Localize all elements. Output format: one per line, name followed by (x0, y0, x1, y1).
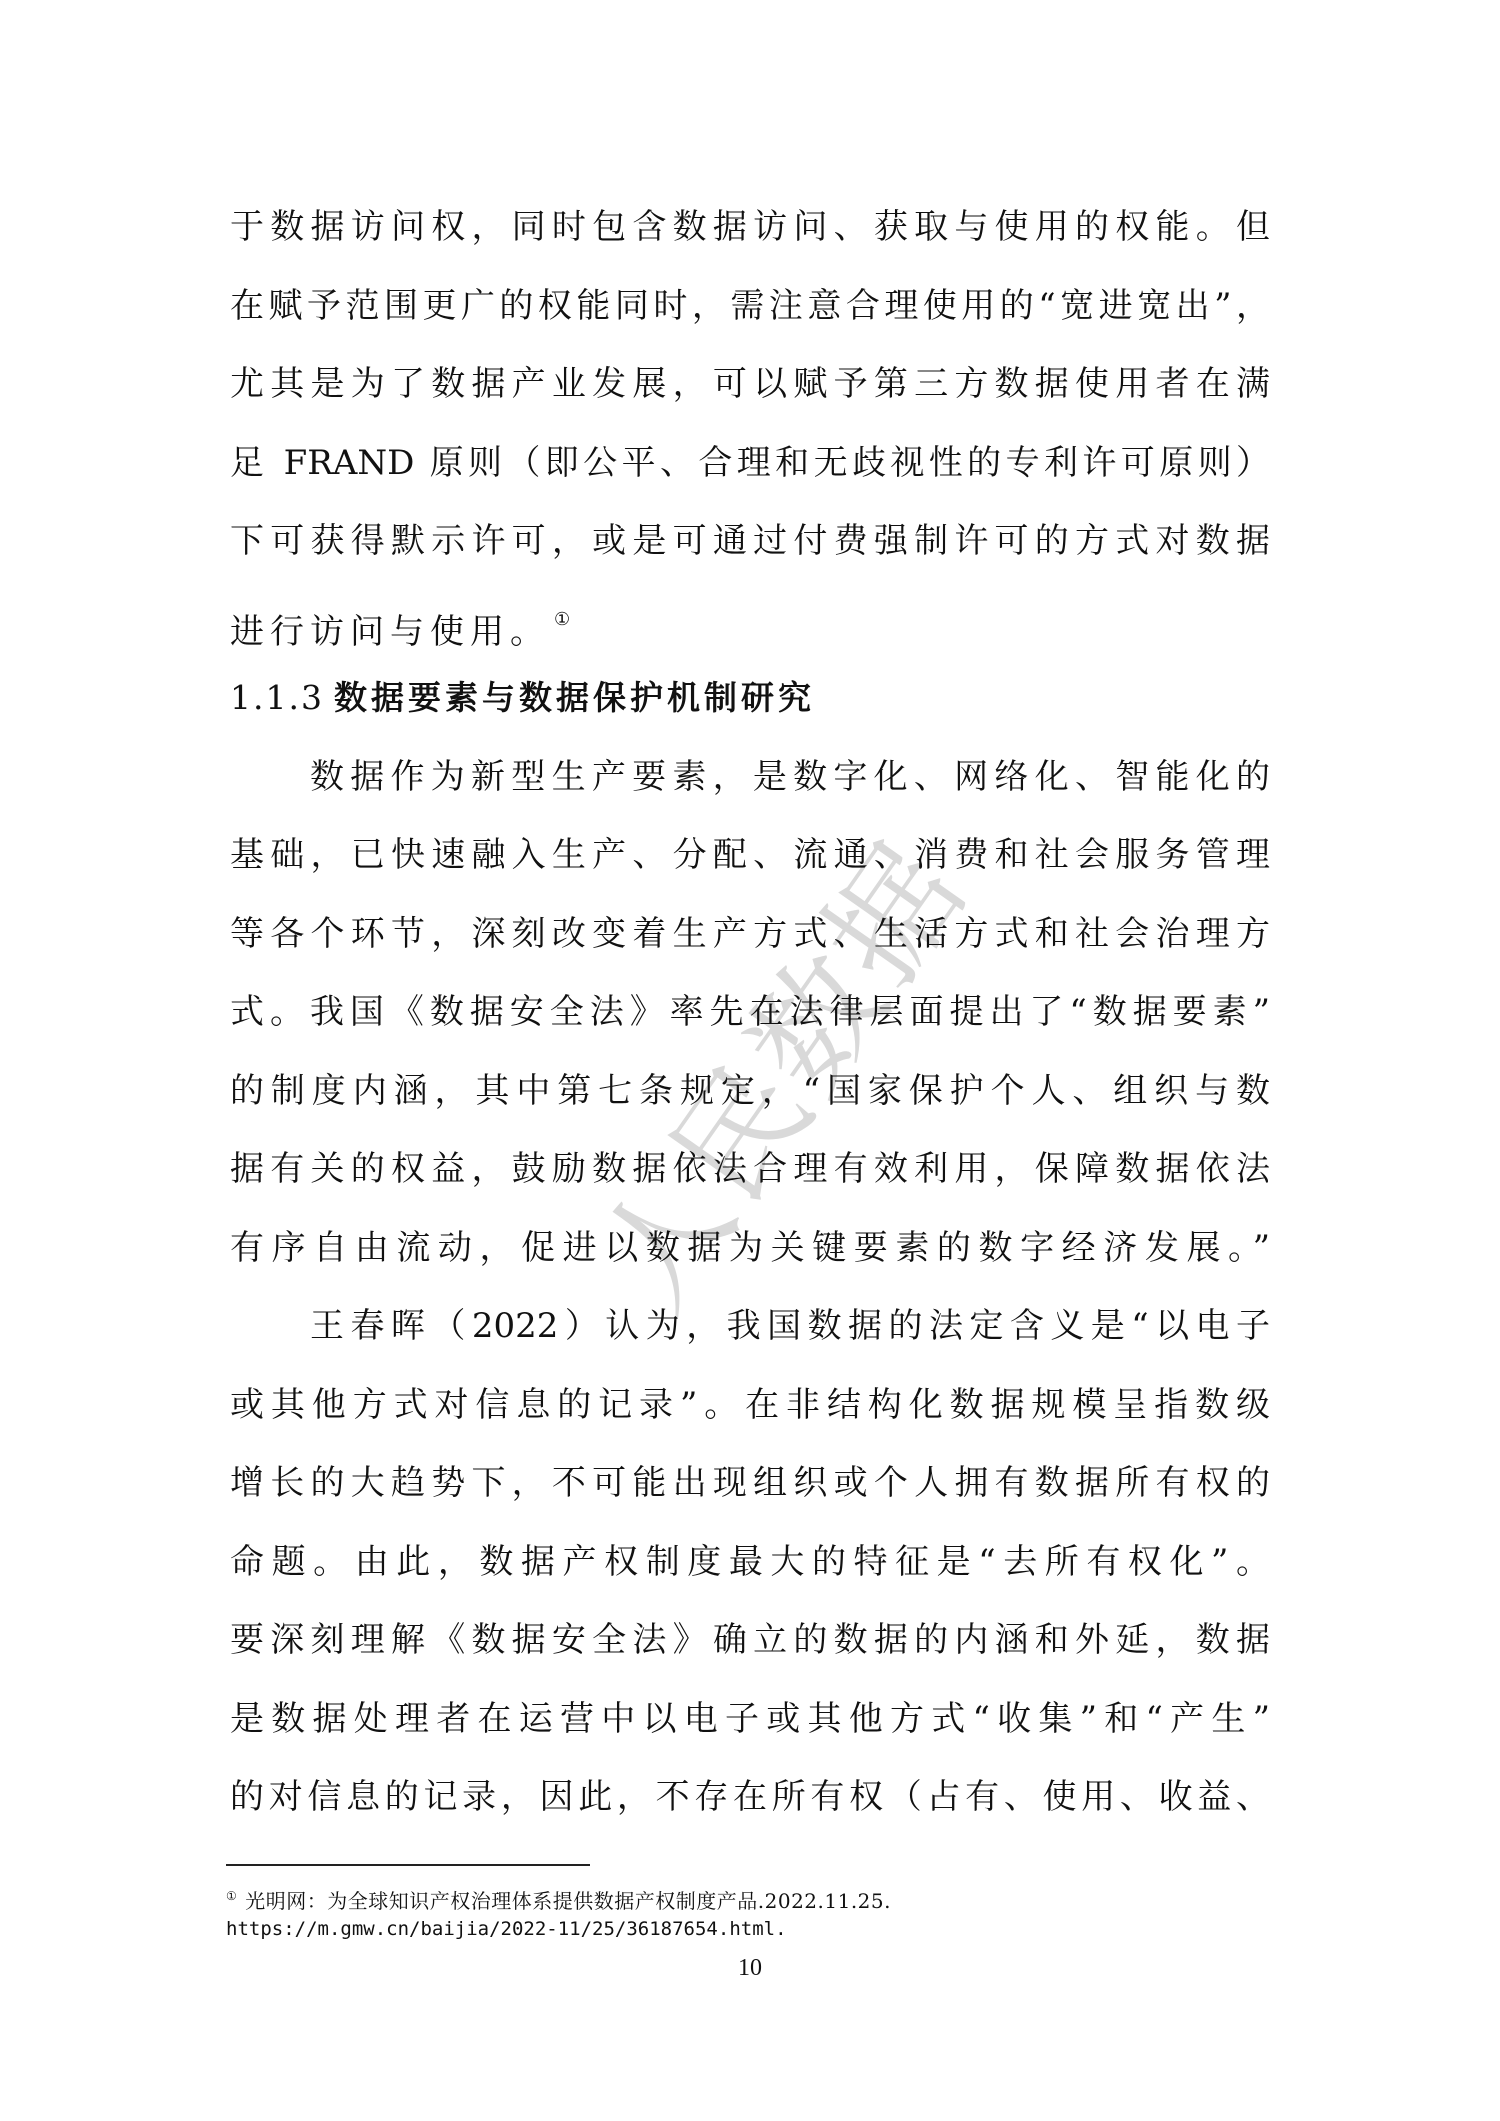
footnote-url[interactable]: https://m.gmw.cn/baijia/2022-11/25/36187… (226, 1915, 1276, 1943)
text-line: 的对信息的记录，因此，不存在所有权（占有、使用、收益、 (230, 1758, 1270, 1837)
text-line: 是数据处理者在运营中以电子或其他方式“收集”和“产生” (230, 1680, 1270, 1759)
paragraph-3: 王春晖（2022）认为，我国数据的法定含义是“以电子 或其他方式对信息的记录”。… (230, 1287, 1270, 1837)
text-line: 在赋予范围更广的权能同时，需注意合理使用的“宽进宽出”， (230, 267, 1270, 346)
text-line: 要深刻理解《数据安全法》确立的数据的内涵和外延，数据 (230, 1601, 1270, 1680)
body-text: 于数据访问权，同时包含数据访问、获取与使用的权能。但 在赋予范围更广的权能同时，… (230, 188, 1270, 1837)
footnote-reference[interactable]: ① (554, 609, 570, 630)
text-fragment: 进行访问与使用。 (230, 612, 550, 652)
text-line: 下可获得默示许可，或是可通过付费强制许可的方式对数据 (230, 502, 1270, 581)
paragraph-2: 数据作为新型生产要素，是数字化、网络化、智能化的 基础，已快速融入生产、分配、流… (230, 738, 1270, 1288)
footnote: ①光明网：为全球知识产权治理体系提供数据产权制度产品.2022.11.25. h… (226, 1882, 1276, 1943)
text-line: 的制度内涵，其中第七条规定，“国家保护个人、组织与数 (230, 1052, 1270, 1131)
text-line: 等各个环节，深刻改变着生产方式、生活方式和社会治理方 (230, 895, 1270, 974)
footnote-divider (226, 1864, 590, 1866)
text-line-last: 进行访问与使用。① (230, 581, 1270, 660)
text-line: 于数据访问权，同时包含数据访问、获取与使用的权能。但 (230, 188, 1270, 267)
footnote-text: 光明网：为全球知识产权治理体系提供数据产权制度产品.2022.11.25. (245, 1889, 891, 1913)
footnote-line: ①光明网：为全球知识产权治理体系提供数据产权制度产品.2022.11.25. (226, 1882, 1276, 1915)
text-line: 命题。由此，数据产权制度最大的特征是“去所有权化”。 (230, 1523, 1270, 1602)
text-line: 数据作为新型生产要素，是数字化、网络化、智能化的 (230, 738, 1270, 817)
text-line: 王春晖（2022）认为，我国数据的法定含义是“以电子 (230, 1287, 1270, 1366)
section-number: 1.1.3 (230, 678, 324, 717)
text-line: 据有关的权益，鼓励数据依法合理有效利用，保障数据依法 (230, 1130, 1270, 1209)
text-line: 有序自由流动，促进以数据为关键要素的数字经济发展。” (230, 1209, 1270, 1288)
text-line: 增长的大趋势下，不可能出现组织或个人拥有数据所有权的 (230, 1444, 1270, 1523)
text-line: 式。我国《数据安全法》率先在法律层面提出了“数据要素” (230, 973, 1270, 1052)
text-line: 或其他方式对信息的记录”。在非结构化数据规模呈指数级 (230, 1366, 1270, 1445)
text-line: 尤其是为了数据产业发展，可以赋予第三方数据使用者在满 (230, 345, 1270, 424)
text-line: 基础，已快速融入生产、分配、流通、消费和社会服务管理 (230, 816, 1270, 895)
text-line: 足 FRAND 原则（即公平、合理和无歧视性的专利许可原则） (230, 424, 1270, 503)
section-title: 数据要素与数据保护机制研究 (334, 678, 815, 717)
section-heading: 1.1.3数据要素与数据保护机制研究 (230, 659, 1270, 738)
paragraph-1: 于数据访问权，同时包含数据访问、获取与使用的权能。但 在赋予范围更广的权能同时，… (230, 188, 1270, 659)
footnote-mark: ① (226, 1889, 237, 1903)
page-number: 10 (700, 1955, 800, 1982)
document-page: 人民数据 于数据访问权，同时包含数据访问、获取与使用的权能。但 在赋予范围更广的… (0, 0, 1500, 2121)
